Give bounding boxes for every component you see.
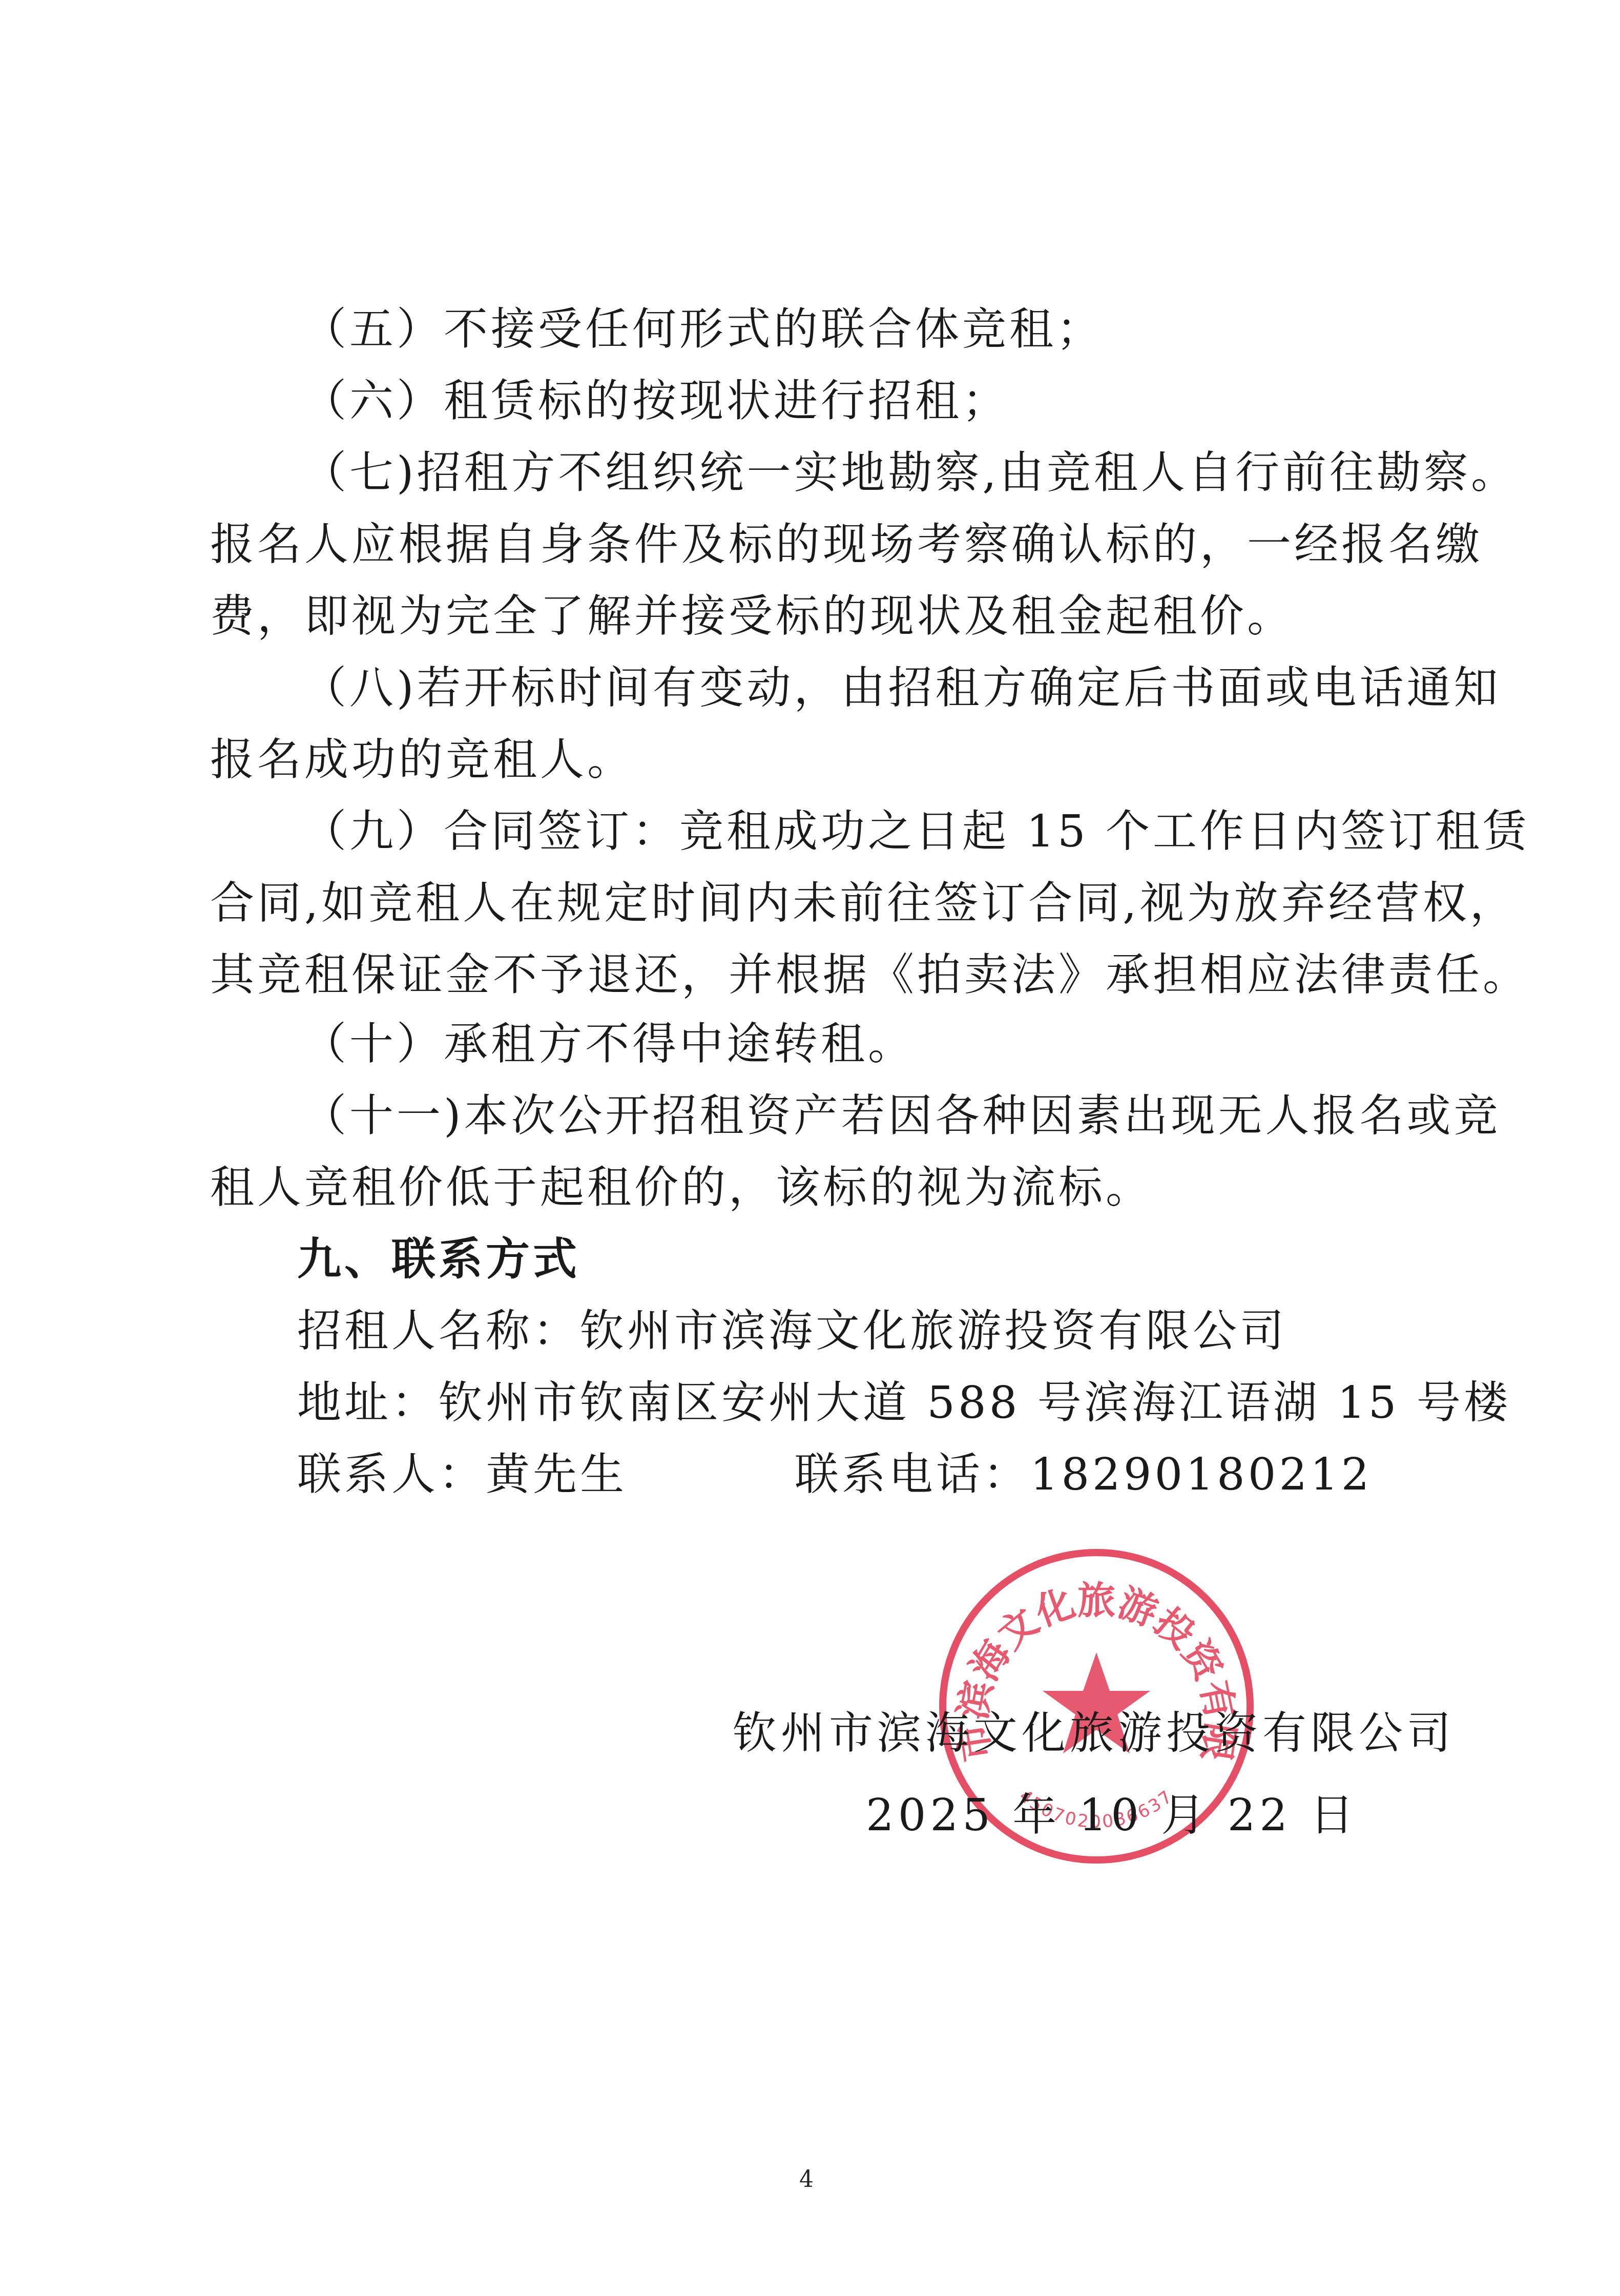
- clause-7-line-2: 报名人应根据自身条件及标的现场考察确认标的，一经报名缴: [210, 523, 1419, 567]
- contact-name-label: 招租人名称：: [297, 1306, 580, 1357]
- page-number: 4: [799, 2166, 814, 2192]
- contact-person-value: 黄先生: [486, 1449, 627, 1500]
- section-heading-contact: 九、联系方式: [297, 1237, 1506, 1281]
- contact-name-row: 招租人名称：钦州市滨海文化旅游投资有限公司: [297, 1309, 1506, 1353]
- clause-9-line-3: 其竞租保证金不予退还，并根据《拍卖法》承担相应法律责任。: [210, 953, 1419, 997]
- contact-person-label: 联系人：: [297, 1449, 486, 1500]
- clause-10: （十）承租方不得中途转租。: [302, 1022, 1511, 1066]
- contact-phone-label: 联系电话：: [795, 1449, 1030, 1500]
- contact-name-value: 钦州市滨海文化旅游投资有限公司: [580, 1306, 1287, 1357]
- signature-date: 2025 年 10 月 22 日: [866, 1793, 1358, 1837]
- clause-8-line-2: 报名成功的竞租人。: [210, 738, 1419, 782]
- contact-phone-value: 18290180212: [1030, 1449, 1373, 1500]
- clause-11-line-1: （十一)本次公开招租资产若因各种因素出现无人报名或竞: [302, 1094, 1511, 1138]
- contact-address-label: 地址：: [297, 1377, 439, 1429]
- contact-address-value: 钦州市钦南区安州大道 588 号滨海江语湖 15 号楼: [439, 1377, 1511, 1429]
- signature-company: 钦州市滨海文化旅游投资有限公司: [733, 1711, 1455, 1755]
- clause-7-line-3: 费，即视为完全了解并接受标的现状及租金起租价。: [210, 594, 1419, 638]
- clause-6: （六）租赁标的按现状进行招租；: [302, 379, 1511, 423]
- clause-5: （五）不接受任何形式的联合体竞租；: [302, 307, 1511, 351]
- clause-8-line-1: （八)若开标时间有变动，由招租方确定后书面或电话通知: [302, 666, 1511, 710]
- document-page: （五）不接受任何形式的联合体竞租； （六）租赁标的按现状进行招租； （七)招租方…: [0, 0, 1620, 2296]
- clause-9-line-2: 合同,如竞租人在规定时间内未前往签订合同,视为放弃经营权，: [210, 881, 1419, 925]
- clause-11-line-2: 租人竞租价低于起租价的，该标的视为流标。: [210, 1166, 1419, 1210]
- clause-7-line-1: （七)招租方不组织统一实地勘察,由竞租人自行前往勘察。: [302, 451, 1511, 495]
- contact-address-row: 地址：钦州市钦南区安州大道 588 号滨海江语湖 15 号楼: [297, 1381, 1506, 1425]
- clause-9-line-1: （九）合同签订：竞租成功之日起 15 个工作日内签订租赁: [302, 810, 1511, 854]
- contact-person-row: 联系人：黄先生 联系电话：18290180212: [297, 1453, 1506, 1497]
